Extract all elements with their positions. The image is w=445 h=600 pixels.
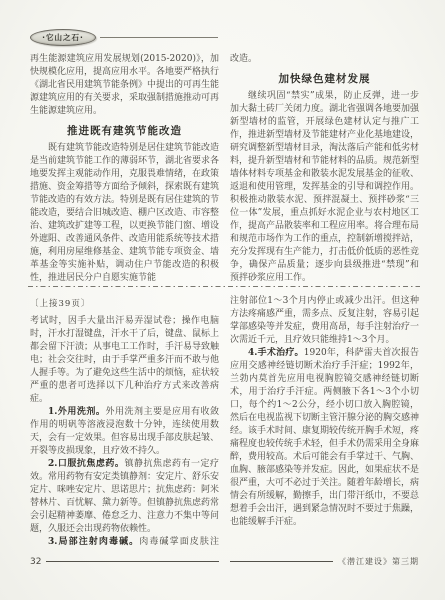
treatment-item-1-lead: 1.外用洗剂。 [48, 407, 105, 417]
footer-left: 32 [30, 557, 219, 567]
bottom-right-column: 注射部位1～3个月内停止或减少出汗。但这种方法疼痛感严重，需多点、反复注射，容易… [230, 295, 419, 548]
journal-title: 《潜江建设》第三期 [338, 556, 419, 567]
badge-label: ·它山之石· [42, 32, 84, 43]
bottom-left-column: 〔上接39页〕 考试时，因手大量出汗易弄湿试卷；操作电脑时，汗水打湿键盘，汗水干… [30, 295, 219, 548]
heading-green-materials: 加快绿色建材发展 [230, 71, 419, 86]
header-rule [100, 37, 218, 38]
treatment-item-4-text: 1920年，科萨雷夫首次报告应用交感神经链切断术治疗手汗症；1992年，兰勃内莫… [230, 348, 419, 527]
paragraph-retrofit-continuation: 改造。 [230, 53, 419, 66]
treatment-item-2: 2.口服抗焦虑药。镇静抗焦虑药有一定疗效。常用药物有安定类镇静剂：安定片、舒乐安… [30, 458, 219, 536]
treatment-item-3-continuation: 注射部位1～3个月内停止或减少出汗。但这种方法疼痛感严重，需多点、反复注射，容易… [230, 295, 419, 347]
treatment-item-3-lead: 3.局部注射肉毒碱。 [48, 537, 139, 547]
treatment-item-2-lead: 2.口服抗焦虑药。 [48, 459, 124, 469]
page-footer: 32 《潜江建设》第三期 [30, 556, 419, 567]
page-number: 32 [30, 557, 41, 567]
treatment-item-3: 3.局部注射肉毒碱。肉毒碱掌面皮肤注射，可使 [30, 536, 219, 548]
sweat-article-section: 〔上接39页〕 考试时，因手大量出汗易弄湿试卷；操作电脑时，汗水打湿键盘，汗水干… [30, 295, 419, 548]
heading-retrofit: 推进既有建筑节能改造 [30, 123, 219, 138]
paragraph-green-materials: 继续巩固“禁实”成果，防止反弹，进一步加大黏土砖厂关闭力度。湖北省强调各地要加强… [230, 90, 419, 285]
paragraph-retrofit: 既有建筑节能改造特别是居住建筑节能改造是当前建筑节能工作的薄弱环节，湖北省要求各… [30, 142, 219, 285]
continued-from-note: 〔上接39页〕 [30, 297, 219, 309]
paragraph-sweat-intro: 考试时，因手大量出汗易弄湿试卷；操作电脑时，汗水打湿键盘，汗水干了后，键盘、鼠标… [30, 315, 219, 406]
top-left-column: 再生能源建筑应用发展规划(2015-2020)》，加快规模化应用，提高应用水平。… [30, 53, 219, 286]
scanned-journal-page: ·它山之石· 再生能源建筑应用发展规划(2015-2020)》，加快规模化应用，… [0, 0, 445, 600]
construction-article-section: 再生能源建筑应用发展规划(2015-2020)》，加快规模化应用，提高应用水平。… [30, 53, 419, 286]
treatment-item-1: 1.外用洗剂。外用洗剂主要是应用有收敛作用的明矾等溶液浸泡数十分钟，连续使用数天… [30, 406, 219, 458]
footer-right: 《潜江建设》第三期 [230, 556, 419, 567]
footer-rule-right [230, 561, 333, 562]
treatment-item-2-text: 镇静抗焦虑药有一定疗效。常用药物有安定类镇静剂：安定片、舒乐安定片、咪唑安定片、… [30, 459, 219, 534]
top-right-column: 改造。 加快绿色建材发展 继续巩固“禁实”成果，防止反弹，进一步加大黏土砖厂关闭… [230, 53, 419, 286]
dash-dot-divider [28, 286, 420, 287]
section-header: ·它山之石· [30, 29, 218, 46]
footer-rule-left [46, 561, 219, 562]
treatment-item-4: 4.手术治疗。1920年，科萨雷夫首次报告应用交感神经链切断术治疗手汗症；199… [230, 347, 419, 529]
column-badge: ·它山之石· [30, 29, 96, 46]
paragraph-energy-intro: 再生能源建筑应用发展规划(2015-2020)》，加快规模化应用，提高应用水平。… [30, 53, 219, 118]
treatment-item-4-lead: 4.手术治疗。 [248, 348, 304, 358]
